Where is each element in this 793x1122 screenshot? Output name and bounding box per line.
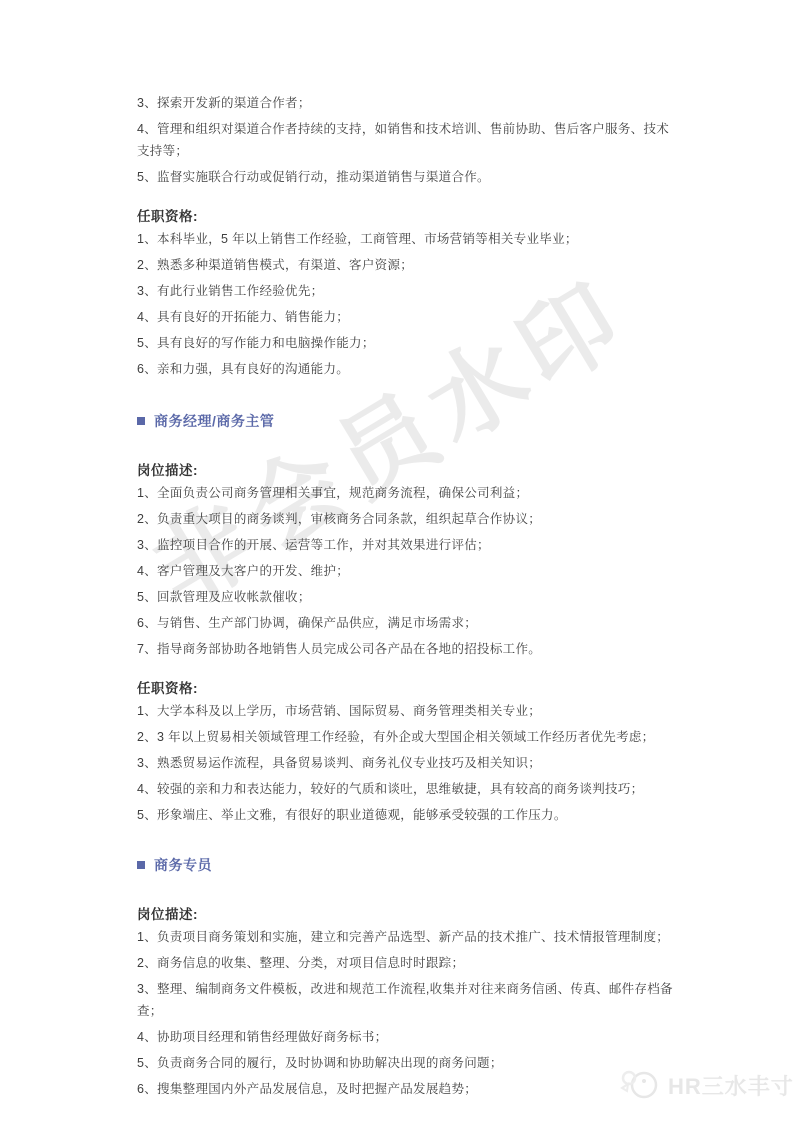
list-item: 3、有此行业销售工作经验优先； <box>137 280 677 302</box>
list-item: 4、客户管理及大客户的开发、维护； <box>137 560 677 582</box>
list-item: 5、监督实施联合行动或促销行动，推动渠道销售与渠道合作。 <box>137 166 677 188</box>
list-item: 6、亲和力强，具有良好的沟通能力。 <box>137 358 677 380</box>
list-item: 3、熟悉贸易运作流程，具备贸易谈判、商务礼仪专业技巧及相关知识； <box>137 752 677 774</box>
list-item: 2、3 年以上贸易相关领域管理工作经验，有外企或大型国企相关领域工作经历者优先考… <box>137 726 677 748</box>
list-item: 4、较强的亲和力和表达能力，较好的气质和谈吐，思维敏捷，具有较高的商务谈判技巧； <box>137 778 677 800</box>
square-bullet-icon <box>137 417 145 425</box>
list-item: 3、整理、编制商务文件模板，改进和规范工作流程,收集并对往来商务信函、传真、邮件… <box>137 978 677 1022</box>
list-item: 6、与销售、生产部门协调，确保产品供应，满足市场需求； <box>137 612 677 634</box>
description-section-2: 岗位描述: 1、负责项目商务策划和实施，建立和完善产品选型、新产品的技术推广、技… <box>137 904 677 1100</box>
list-item: 1、大学本科及以上学历，市场营销、国际贸易、商务管理类相关专业； <box>137 700 677 722</box>
document-body: 3、探索开发新的渠道合作者； 4、管理和组织对渠道合作者持续的支持，如销售和技术… <box>137 0 677 1100</box>
list-item: 3、监控项目合作的开展、运营等工作，并对其效果进行评估； <box>137 534 677 556</box>
list-item: 4、协助项目经理和销售经理做好商务标书； <box>137 1026 677 1048</box>
list-item: 5、形象端庄、举止文雅，有很好的职业道德观，能够承受较强的工作压力。 <box>137 804 677 826</box>
section-label: 任职资格: <box>137 206 677 228</box>
list-item: 4、管理和组织对渠道合作者持续的支持，如销售和技术培训、售前协助、售后客户服务、… <box>137 118 677 162</box>
list-item: 1、本科毕业，5 年以上销售工作经验，工商管理、市场营销等相关专业毕业； <box>137 228 677 250</box>
list-item: 5、负责商务合同的履行，及时协调和协助解决出现的商务问题； <box>137 1052 677 1074</box>
job-title: 商务专员 <box>154 854 212 876</box>
list-item: 4、具有良好的开拓能力、销售能力； <box>137 306 677 328</box>
qualifications-section-2: 任职资格: 1、大学本科及以上学历，市场营销、国际贸易、商务管理类相关专业； 2… <box>137 678 677 826</box>
section-label: 岗位描述: <box>137 904 677 926</box>
job-heading-business-manager: 商务经理/商务主管 <box>137 410 677 432</box>
list-item: 2、负责重大项目的商务谈判，审核商务合同条款，组织起草合作协议； <box>137 508 677 530</box>
brand-name: HR三水丰寸 <box>668 1070 793 1101</box>
intro-list: 3、探索开发新的渠道合作者； 4、管理和组织对渠道合作者持续的支持，如销售和技术… <box>137 92 677 188</box>
square-bullet-icon <box>137 861 145 869</box>
list-item: 6、搜集整理国内外产品发展信息，及时把握产品发展趋势； <box>137 1078 677 1100</box>
bird-mascot-icon <box>618 1066 660 1105</box>
qualifications-section-1: 任职资格: 1、本科毕业，5 年以上销售工作经验，工商管理、市场营销等相关专业毕… <box>137 206 677 380</box>
list-item: 5、具有良好的写作能力和电脑操作能力； <box>137 332 677 354</box>
list-item: 2、商务信息的收集、整理、分类，对项目信息时时跟踪； <box>137 952 677 974</box>
brand-logo: HR三水丰寸 <box>618 1066 793 1105</box>
list-item: 1、全面负责公司商务管理相关事宜，规范商务流程，确保公司利益； <box>137 482 677 504</box>
list-item: 7、指导商务部协助各地销售人员完成公司各产品在各地的招投标工作。 <box>137 638 677 660</box>
job-heading-business-specialist: 商务专员 <box>137 854 677 876</box>
list-item: 1、负责项目商务策划和实施，建立和完善产品选型、新产品的技术推广、技术情报管理制… <box>137 926 677 948</box>
section-label: 岗位描述: <box>137 460 677 482</box>
description-section-1: 岗位描述: 1、全面负责公司商务管理相关事宜，规范商务流程，确保公司利益； 2、… <box>137 460 677 660</box>
section-label: 任职资格: <box>137 678 677 700</box>
list-item: 2、熟悉多种渠道销售模式，有渠道、客户资源； <box>137 254 677 276</box>
job-title: 商务经理/商务主管 <box>154 410 274 432</box>
list-item: 5、回款管理及应收帐款催收； <box>137 586 677 608</box>
list-item: 3、探索开发新的渠道合作者； <box>137 92 677 114</box>
